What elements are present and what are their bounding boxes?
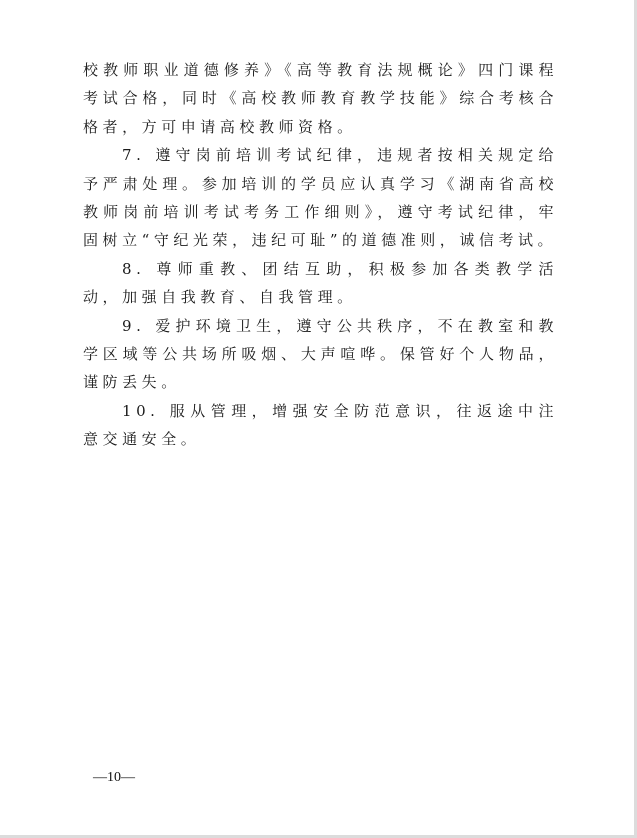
paragraph-continuation: 校教师职业道德修养》《高等教育法规概论》四门课程考试合格，同时《高校教师教育教学… [83,56,558,141]
paragraph-item-9: 9. 爱护环境卫生，遵守公共秩序，不在教室和教学区域等公共场所吸烟、大声喧哗。保… [83,312,558,397]
paragraph-item-8: 8. 尊师重教、团结互助，积极参加各类教学活动，加强自我教育、自我管理。 [83,255,558,312]
document-body: 校教师职业道德修养》《高等教育法规概论》四门课程考试合格，同时《高校教师教育教学… [83,56,558,454]
page-number: —10— [93,770,135,786]
document-page: 校教师职业道德修养》《高等教育法规概论》四门课程考试合格，同时《高校教师教育教学… [0,0,634,835]
paragraph-item-10: 10. 服从管理，增强安全防范意识，往返途中注意交通安全。 [83,397,558,454]
paragraph-item-7: 7. 遵守岗前培训考试纪律，违规者按相关规定给予严肃处理。参加培训的学员应认真学… [83,141,558,255]
